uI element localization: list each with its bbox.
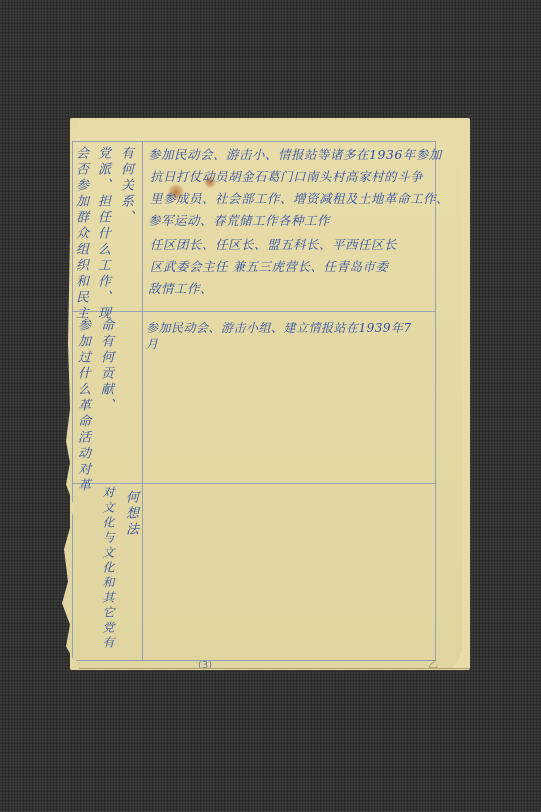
row2-entry-line: 参加民动会、游击小组、建立情报站在1939年7: [146, 318, 412, 339]
document-page: 会否参加群众组织和民主 党派、担任什么工作、现 有何关系、 参加过什么革命活动对…: [62, 128, 462, 668]
document-photo-scene: 会否参加群众组织和民主 党派、担任什么工作、现 有何关系、 参加过什么革命活动对…: [0, 0, 541, 812]
label-column-divider: [142, 141, 143, 660]
row2-label-col-a: 参加过什么革命活动对革: [76, 318, 89, 494]
row1-divider: [72, 311, 436, 312]
row1-entry-line: 参军运动、春荒储工作各种工作: [148, 210, 330, 231]
row2-entry-line: 月: [146, 334, 159, 355]
row1-entry-line: 里参成员、社会部工作、增资减租及土地革命工作、: [150, 188, 449, 209]
row1-entry-line: 区武委会主任 兼五三虎营长、任青岛市委: [150, 256, 388, 277]
row2-divider: [72, 483, 436, 484]
row1-label-col-a: 会否参加群众组织和民主: [74, 146, 87, 322]
row1-entry-line: 敌情工作、: [148, 278, 213, 299]
row1-entry-line: 参加民动会、游击小、情报站等诸多在1936年参加: [148, 144, 442, 165]
row2-label-col-b: 命有何贡献、: [99, 318, 112, 414]
row1-label-col-b: 党派、担任什么工作、现: [96, 146, 109, 322]
row3-label-col-a: 对文化与文化和其它党有: [102, 486, 114, 651]
row1-label-col-c: 有何关系、: [119, 146, 132, 226]
row3-label-col-b: 何想法: [124, 490, 137, 538]
row1-entry-line: 抗日打仗动员胡金石葛门口南头村高家村的斗争: [150, 166, 423, 187]
table-top-border: [72, 141, 436, 142]
row1-entry-line: 任区团长、任区长、盟五科长、平西任区长: [150, 234, 397, 255]
table-right-border: [435, 141, 436, 660]
table-bottom-border: [76, 660, 436, 661]
